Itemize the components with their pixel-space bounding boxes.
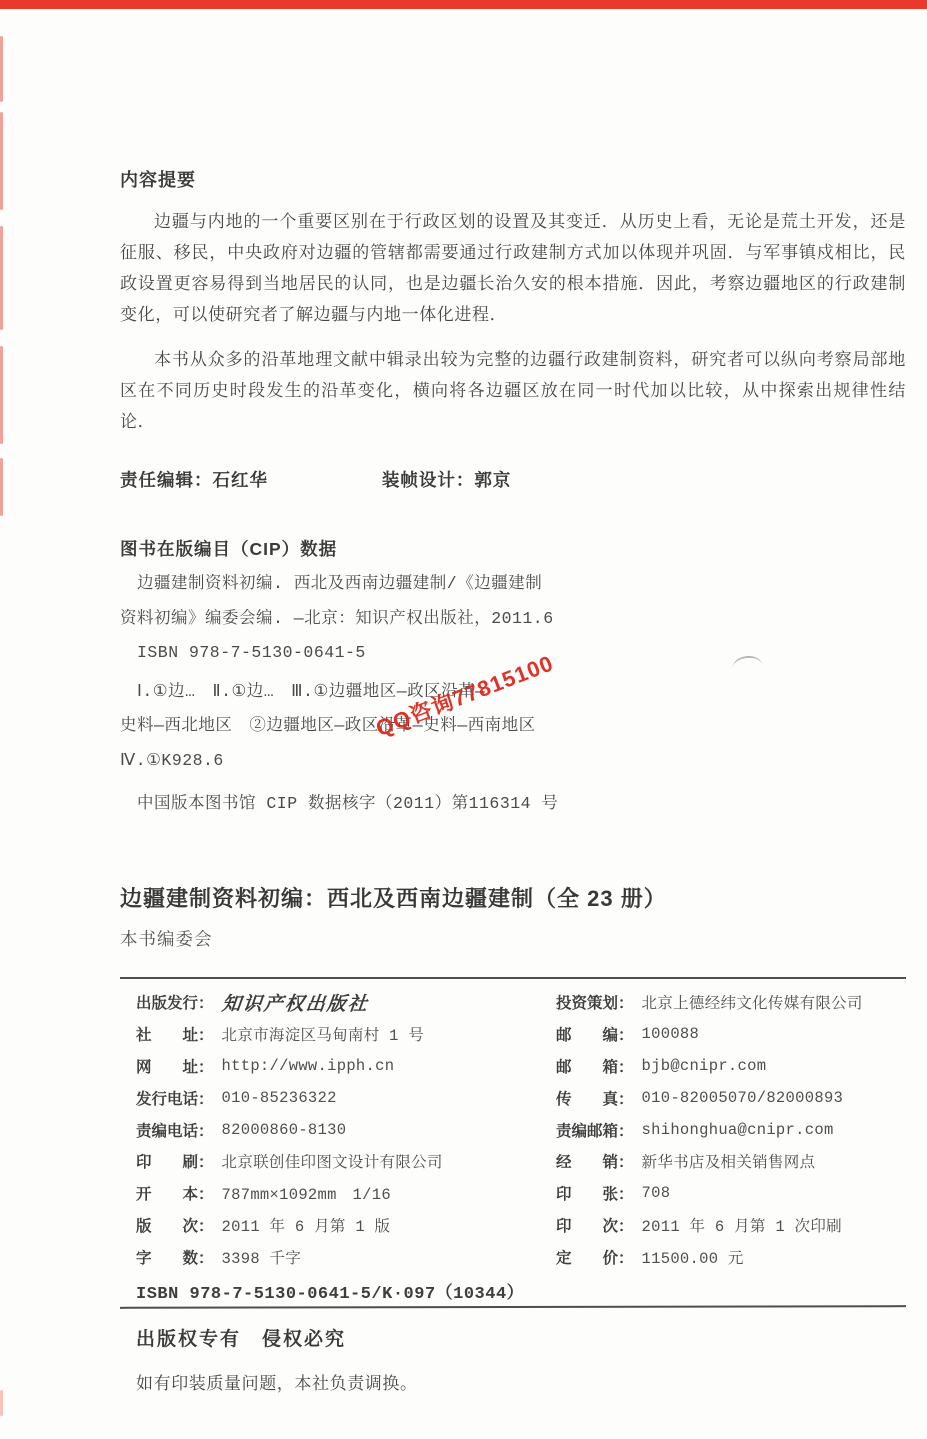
price-value: 11500.00 元 bbox=[642, 1246, 744, 1268]
colophon-label: 邮 编： bbox=[556, 1023, 634, 1045]
colophon-right-column: 投资策划： 北京上德经纬文化传媒有限公司 邮 编： 100088 邮 箱： bj… bbox=[556, 987, 906, 1273]
credits-line: 责任编辑：石红华 装帧设计：郭京 bbox=[120, 467, 906, 492]
colophon-row: 开 本： 787mm×1092mm 1/16 bbox=[136, 1177, 546, 1209]
colophon-row: 印 刷： 北京联创佳印图文设计有限公司 bbox=[136, 1145, 546, 1177]
colophon-value: 010-85236322 bbox=[222, 1089, 337, 1107]
colophon-row: 投资策划： 北京上德经纬文化传媒有限公司 bbox=[556, 987, 906, 1019]
exchange-notice: 如有印装质量问题，本社负责调换。 bbox=[120, 1369, 906, 1394]
colophon-value: 新华书店及相关销售网点 bbox=[642, 1150, 816, 1172]
colophon-row: 印 次： 2011 年 6 月第 1 次印刷 bbox=[556, 1209, 906, 1241]
colophon-label: 网 址： bbox=[136, 1055, 214, 1077]
designer-credit: 装帧设计：郭京 bbox=[382, 470, 512, 490]
divider-top bbox=[120, 977, 906, 979]
colophon-row: 责编电话： 82000860-8130 bbox=[136, 1114, 546, 1146]
colophon-value: 787mm×1092mm 1/16 bbox=[222, 1182, 391, 1204]
colophon-label: 开 本： bbox=[136, 1182, 214, 1204]
colophon-row: 邮 编： 100088 bbox=[556, 1018, 906, 1050]
summary-paragraph-1: 边疆与内地的一个重要区别在于行政区划的设置及其变迁．从历史上看，无论是荒土开发，… bbox=[120, 206, 906, 330]
colophon-table: 出版发行： 知识产权出版社 社 址： 北京市海淀区马甸南村 1 号 网 址： h… bbox=[120, 987, 906, 1274]
divider-bottom bbox=[120, 1305, 906, 1309]
colophon-row: 版 次： 2011 年 6 月第 1 版 bbox=[136, 1209, 546, 1241]
colophon-label: 版 次： bbox=[136, 1214, 214, 1236]
colophon-value: 2011 年 6 月第 1 版 bbox=[222, 1214, 391, 1236]
scan-edge-mark bbox=[0, 346, 3, 444]
isbn-line: ISBN 978-7-5130-0641-5/K·097（10344） bbox=[120, 1278, 906, 1304]
colophon-label: 传 真： bbox=[556, 1087, 634, 1109]
scanned-copyright-page: 内容提要 边疆与内地的一个重要区别在于行政区划的设置及其变迁．从历史上看，无论是… bbox=[0, 0, 927, 1439]
colophon-label: 印 张： bbox=[556, 1182, 634, 1204]
colophon-label: 印 刷： bbox=[136, 1150, 214, 1172]
book-author: 本书编委会 bbox=[120, 926, 906, 951]
editor-email-address: shihonghua@cnipr.com bbox=[642, 1121, 834, 1139]
colophon-row: 经 销： 新华书店及相关销售网点 bbox=[556, 1145, 906, 1177]
editor-credit: 责任编辑：石红华 bbox=[120, 470, 268, 490]
copyright-notice: 出版权专有 侵权必究 bbox=[120, 1324, 906, 1351]
colophon-value: 010-82005070/82000893 bbox=[642, 1089, 844, 1107]
colophon-value: 北京联创佳印图文设计有限公司 bbox=[222, 1150, 443, 1172]
colophon-value: 708 bbox=[642, 1184, 671, 1202]
colophon-value: 100088 bbox=[642, 1025, 700, 1043]
colophon-label: 印 次： bbox=[556, 1214, 634, 1236]
summary-heading: 内容提要 bbox=[120, 166, 906, 192]
book-title: 边疆建制资料初编：西北及西南边疆建制（全 23 册） bbox=[120, 882, 906, 913]
colophon-value: 北京上德经纬文化传媒有限公司 bbox=[642, 991, 863, 1013]
summary-paragraph-2: 本书从众多的沿革地理文献中辑录出较为完整的边疆行政建制资料，研究者可以纵向考察局… bbox=[120, 344, 906, 437]
scan-edge-mark bbox=[0, 112, 3, 210]
colophon-label: 邮 箱： bbox=[556, 1055, 634, 1077]
cip-line: 资料初编》编委会编. —北京：知识产权出版社，2011.6 bbox=[120, 602, 906, 637]
colophon-row: 责编邮箱： shihonghua@cnipr.com bbox=[556, 1114, 906, 1146]
colophon-label: 出版发行： bbox=[136, 991, 214, 1013]
colophon-label: 责编电话： bbox=[136, 1119, 214, 1141]
colophon-value: 3398 千字 bbox=[222, 1246, 302, 1268]
colophon-row: 邮 箱： bjb@cnipr.com bbox=[556, 1050, 906, 1082]
colophon-label: 字 数： bbox=[136, 1246, 214, 1268]
colophon-row: 发行电话： 010-85236322 bbox=[136, 1082, 546, 1114]
colophon-row: 出版发行： 知识产权出版社 bbox=[136, 987, 546, 1019]
website-url: http://www.ipph.cn bbox=[222, 1057, 395, 1075]
colophon-row: 字 数： 3398 千字 bbox=[136, 1241, 546, 1273]
colophon-label: 责编邮箱： bbox=[556, 1119, 634, 1141]
scan-edge-mark bbox=[0, 226, 3, 330]
colophon-row: 社 址： 北京市海淀区马甸南村 1 号 bbox=[136, 1018, 546, 1050]
publisher-logo: 知识产权出版社 bbox=[220, 989, 370, 1016]
cip-line: 边疆建制资料初编. 西北及西南边疆建制/《边疆建制 bbox=[120, 567, 906, 602]
colophon-left-column: 出版发行： 知识产权出版社 社 址： 北京市海淀区马甸南村 1 号 网 址： h… bbox=[136, 987, 546, 1273]
colophon-label: 社 址： bbox=[136, 1023, 214, 1045]
colophon-value: 北京市海淀区马甸南村 1 号 bbox=[222, 1023, 425, 1045]
page-content: 内容提要 边疆与内地的一个重要区别在于行政区划的设置及其变迁．从历史上看，无论是… bbox=[120, 0, 906, 1394]
scan-edge-mark bbox=[0, 36, 3, 102]
colophon-row: 定 价： 11500.00 元 bbox=[556, 1241, 906, 1273]
scan-edge-mark bbox=[0, 458, 3, 516]
colophon-label: 定 价： bbox=[556, 1246, 634, 1268]
colophon-label: 经 销： bbox=[556, 1150, 634, 1172]
colophon-row: 传 真： 010-82005070/82000893 bbox=[556, 1082, 906, 1114]
scan-edge-mark bbox=[0, 1390, 3, 1416]
colophon-row: 网 址： http://www.ipph.cn bbox=[136, 1050, 546, 1082]
colophon-label: 投资策划： bbox=[556, 991, 634, 1013]
cip-line: 史料—西北地区 ②边疆地区—政区沿革—史料—西南地区 bbox=[120, 709, 906, 744]
cip-heading: 图书在版编目（CIP）数据 bbox=[120, 536, 906, 561]
colophon-label: 发行电话： bbox=[136, 1087, 214, 1109]
cip-line: Ⅳ.①K928.6 bbox=[120, 744, 906, 779]
cip-record-line: 中国版本图书馆 CIP 数据核字（2011）第116314 号 bbox=[120, 787, 906, 822]
email-address: bjb@cnipr.com bbox=[642, 1057, 767, 1075]
colophon-row: 印 张： 708 bbox=[556, 1177, 906, 1209]
colophon-value: 2011 年 6 月第 1 次印刷 bbox=[642, 1214, 842, 1236]
colophon-value: 82000860-8130 bbox=[222, 1121, 347, 1139]
